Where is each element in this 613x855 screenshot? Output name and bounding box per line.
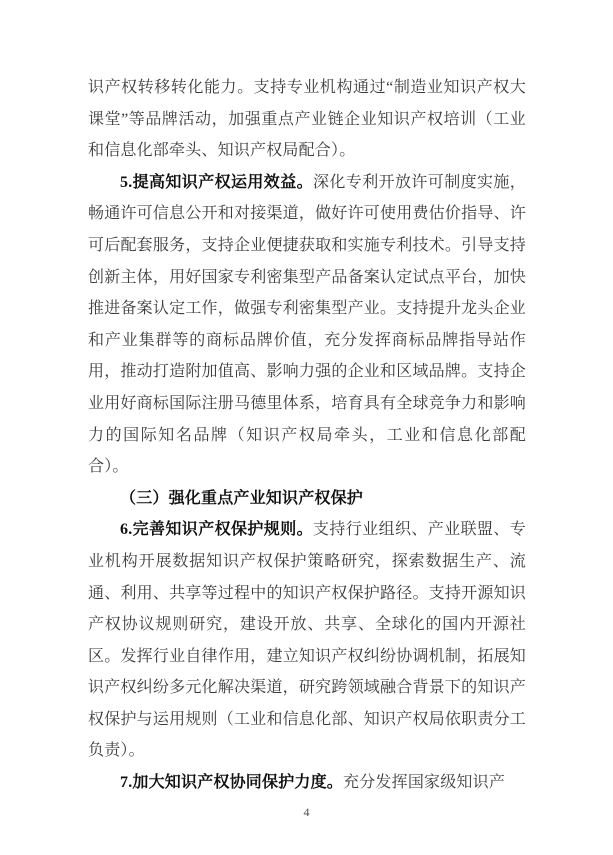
paragraph-5-body: 深化专利开放许可制度实施，畅通许可信息公开和对接渠道，做好许可使用费估价指导、许… bbox=[88, 174, 526, 475]
paragraph-item-7: 7.加大知识产权协同保护力度。充分发挥国家级知识产 bbox=[88, 767, 526, 799]
page-number: 4 bbox=[0, 804, 613, 820]
paragraph-7-lead: 7.加大知识产权协同保护力度。 bbox=[120, 774, 343, 791]
paragraph-continuation: 识产权转移转化能力。支持专业机构通过“制造业知识产权大课堂”等品牌活动，加强重点… bbox=[88, 72, 526, 167]
paragraph-6-lead: 6.完善知识产权保护规则。 bbox=[120, 521, 313, 538]
paragraph-5-lead: 5.提高知识产权运用效益。 bbox=[120, 174, 313, 191]
paragraph-7-body: 充分发挥国家级知识产 bbox=[343, 774, 505, 791]
paragraph-6-body: 支持行业组织、产业联盟、专业机构开展数据知识产权保护策略研究，探索数据生产、流通… bbox=[88, 521, 526, 759]
document-body: 识产权转移转化能力。支持专业机构通过“制造业知识产权大课堂”等品牌活动，加强重点… bbox=[88, 72, 526, 799]
paragraph-continuation-text: 识产权转移转化能力。支持专业机构通过“制造业知识产权大课堂”等品牌活动，加强重点… bbox=[88, 79, 526, 159]
document-page: 识产权转移转化能力。支持专业机构通过“制造业知识产权大课堂”等品牌活动，加强重点… bbox=[0, 0, 613, 855]
paragraph-item-6: 6.完善知识产权保护规则。支持行业组织、产业联盟、专业机构开展数据知识产权保护策… bbox=[88, 514, 526, 767]
paragraph-item-5: 5.提高知识产权运用效益。深化专利开放许可制度实施，畅通许可信息公开和对接渠道，… bbox=[88, 167, 526, 483]
section-3-heading: （三）强化重点产业知识产权保护 bbox=[88, 483, 526, 515]
